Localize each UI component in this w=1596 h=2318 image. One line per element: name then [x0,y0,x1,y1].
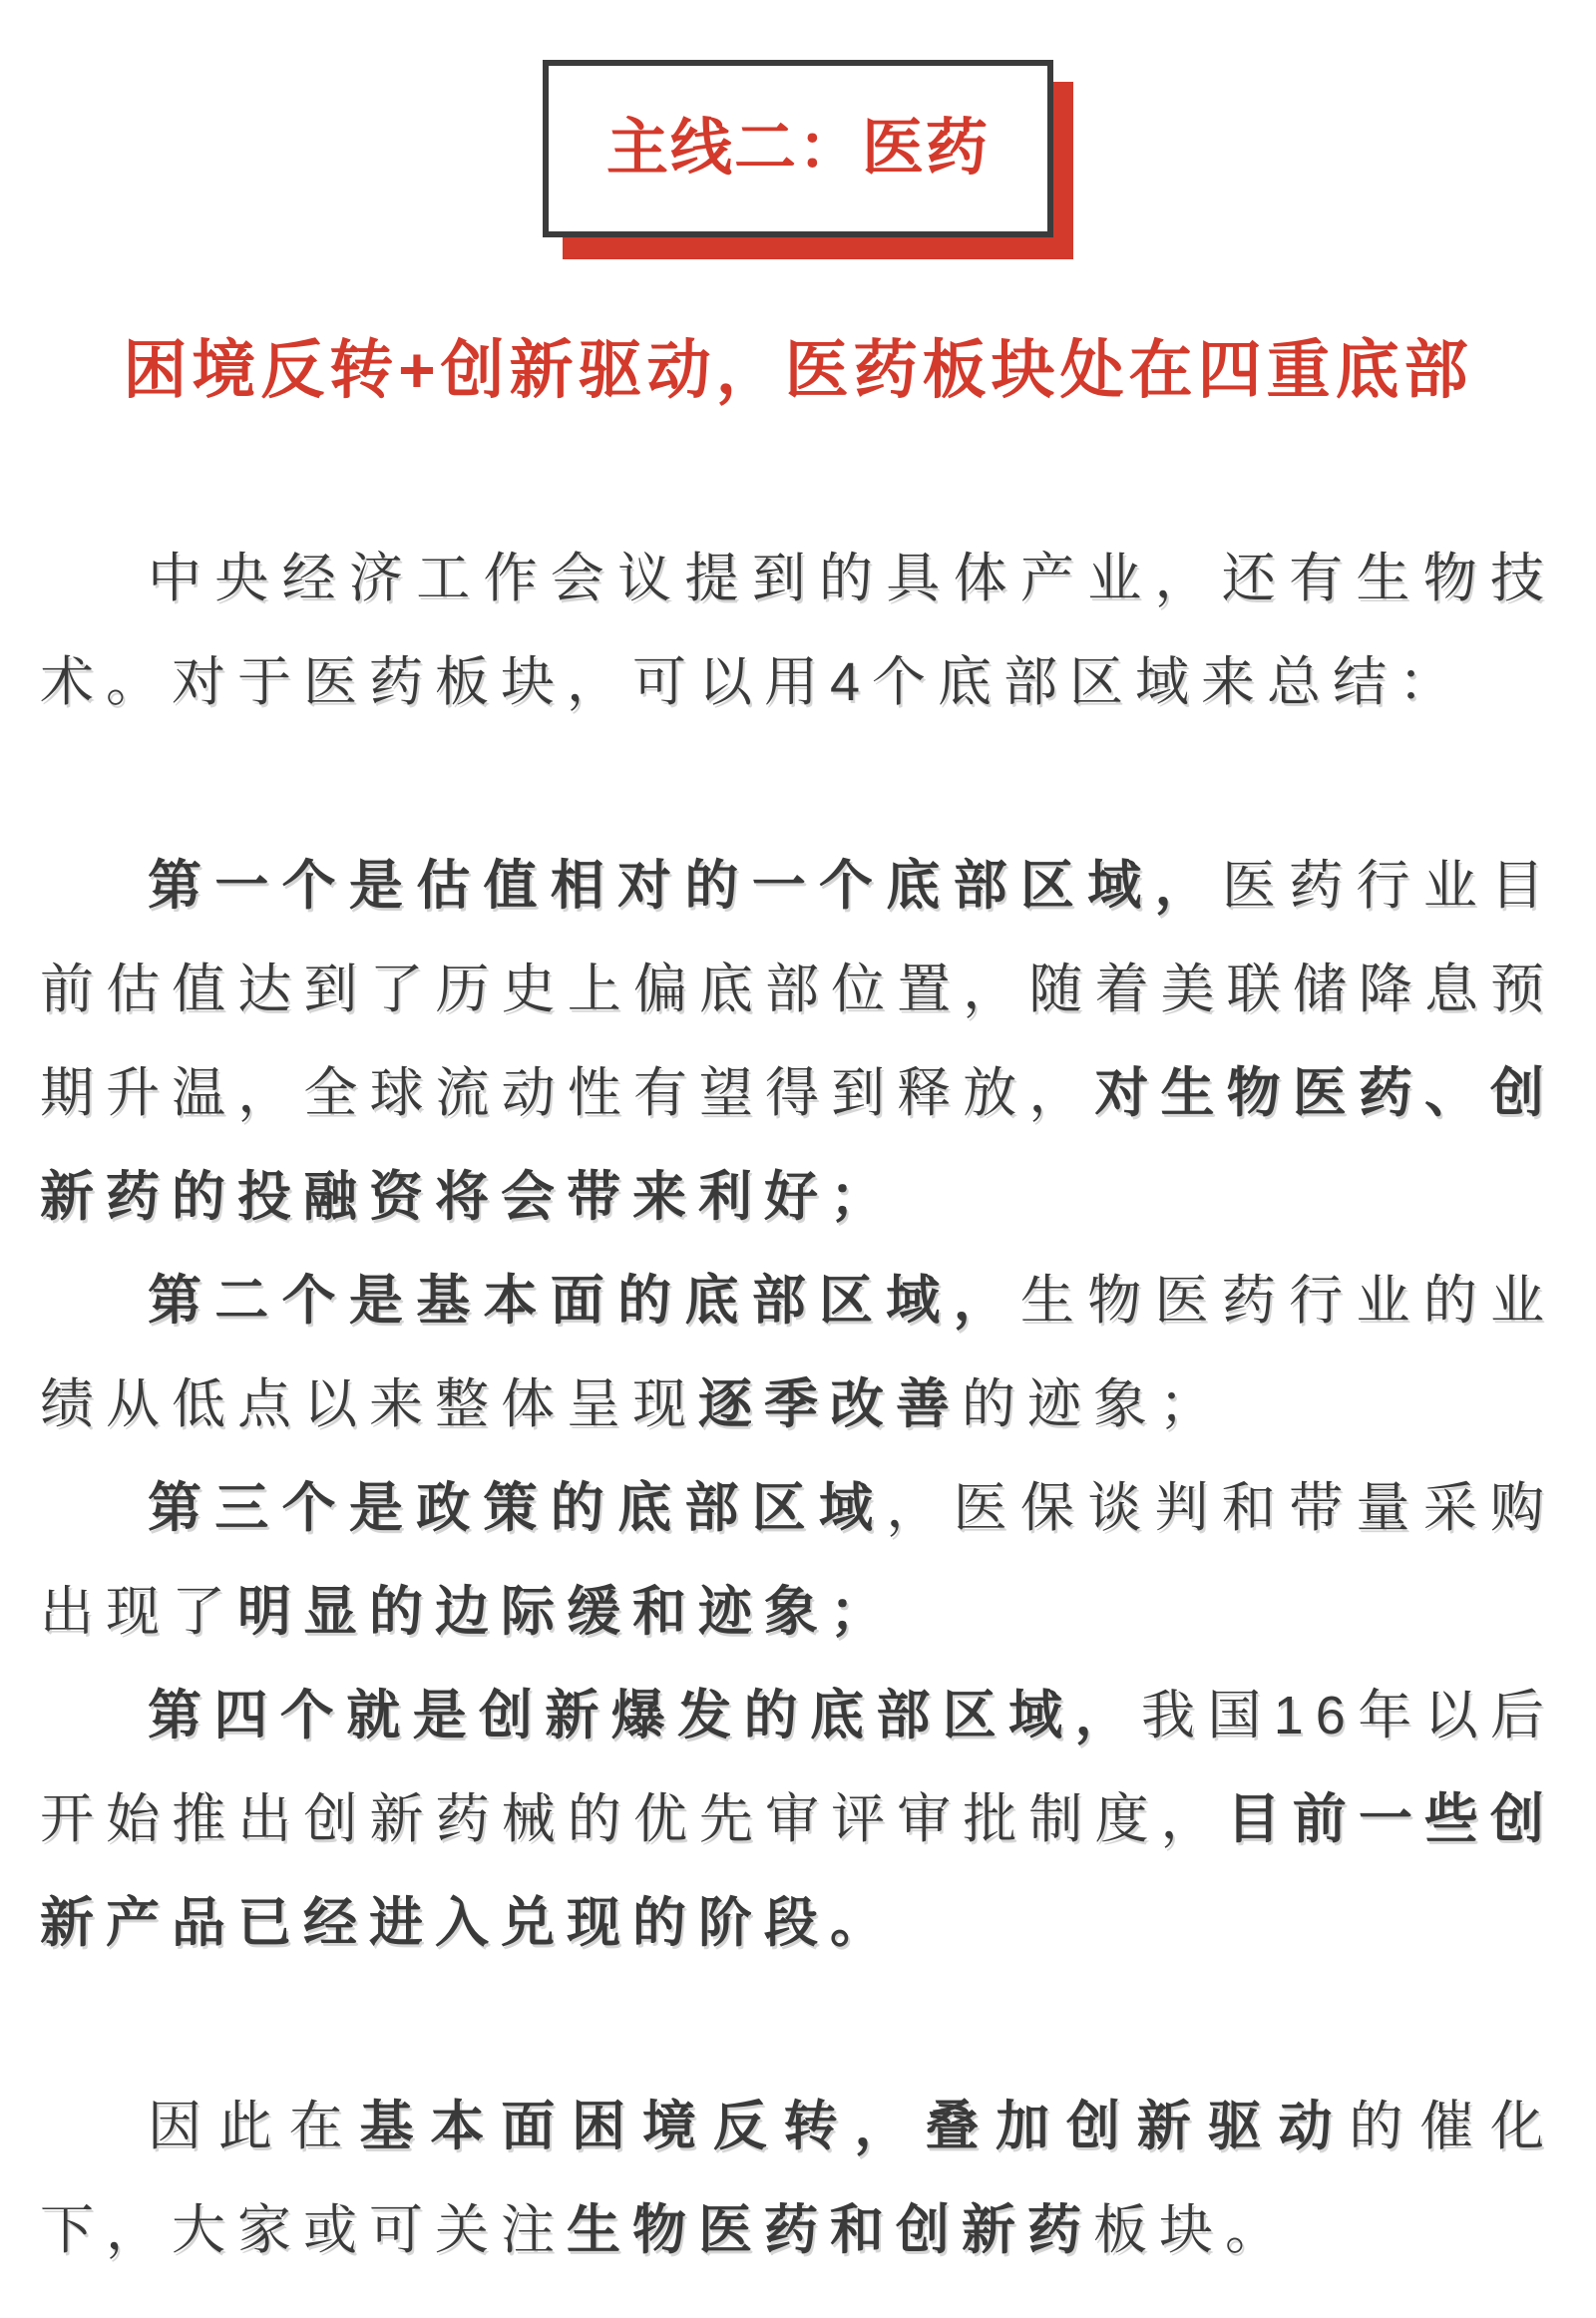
title-box-wrapper: 主线二：医药 [40,60,1556,237]
text-run: 中央经济工作会议提到的具体产业，还有生物技术。对于医药板块，可以用4个底部区域来… [40,549,1556,712]
bold-text-run: 第三个是政策的底部区域 [148,1478,886,1538]
bold-text-run: 明显的边际缓和迹象； [237,1582,896,1642]
bold-text-run: 第一个是估值相对的一个底部区域， [148,856,1222,916]
paragraph: 中央经济工作会议提到的具体产业，还有生物技术。对于医药板块，可以用4个底部区域来… [40,527,1556,734]
bold-text-run: 第二个是基本面的底部区域， [148,1271,1020,1331]
bold-text-run: 第四个就是创新爆发的底部区域， [148,1686,1141,1745]
paragraph: 第二个是基本面的底部区域，生物医药行业的业绩从低点以来整体呈现逐季改善的迹象； [40,1249,1556,1456]
section-title: 主线二：医药 [606,114,990,183]
paragraph: 第四个就是创新爆发的底部区域，我国16年以后开始推出创新药械的优先审评审批制度，… [40,1664,1556,1975]
text-run: 因此在 [148,2097,360,2156]
article-page: 主线二：医药 困境反转+创新驱动，医药板块处在四重底部 中央经济工作会议提到的具… [0,0,1596,2318]
bold-text-run: 逐季改善 [698,1374,962,1434]
paragraph: 第一个是估值相对的一个底部区域，医药行业目前估值达到了历史上偏底部位置，随着美联… [40,834,1556,1249]
paragraph: 第三个是政策的底部区域，医保谈判和带量采购出现了明显的边际缓和迹象； [40,1456,1556,1664]
bold-text-run: 生物医药和创新药 [567,2200,1093,2260]
article-body: 中央经济工作会议提到的具体产业，还有生物技术。对于医药板块，可以用4个底部区域来… [40,527,1556,2282]
text-run: 板块。 [1093,2200,1291,2260]
article-subtitle: 困境反转+创新驱动，医药板块处在四重底部 [40,337,1556,403]
title-box: 主线二：医药 [543,60,1053,237]
paragraph: 因此在基本面困境反转，叠加创新驱动的催化下，大家或可关注生物医药和创新药板块。 [40,2075,1556,2282]
bold-text-run: 基本面困境反转，叠加创新驱动 [360,2097,1350,2156]
text-run: 的迹象； [962,1374,1225,1434]
